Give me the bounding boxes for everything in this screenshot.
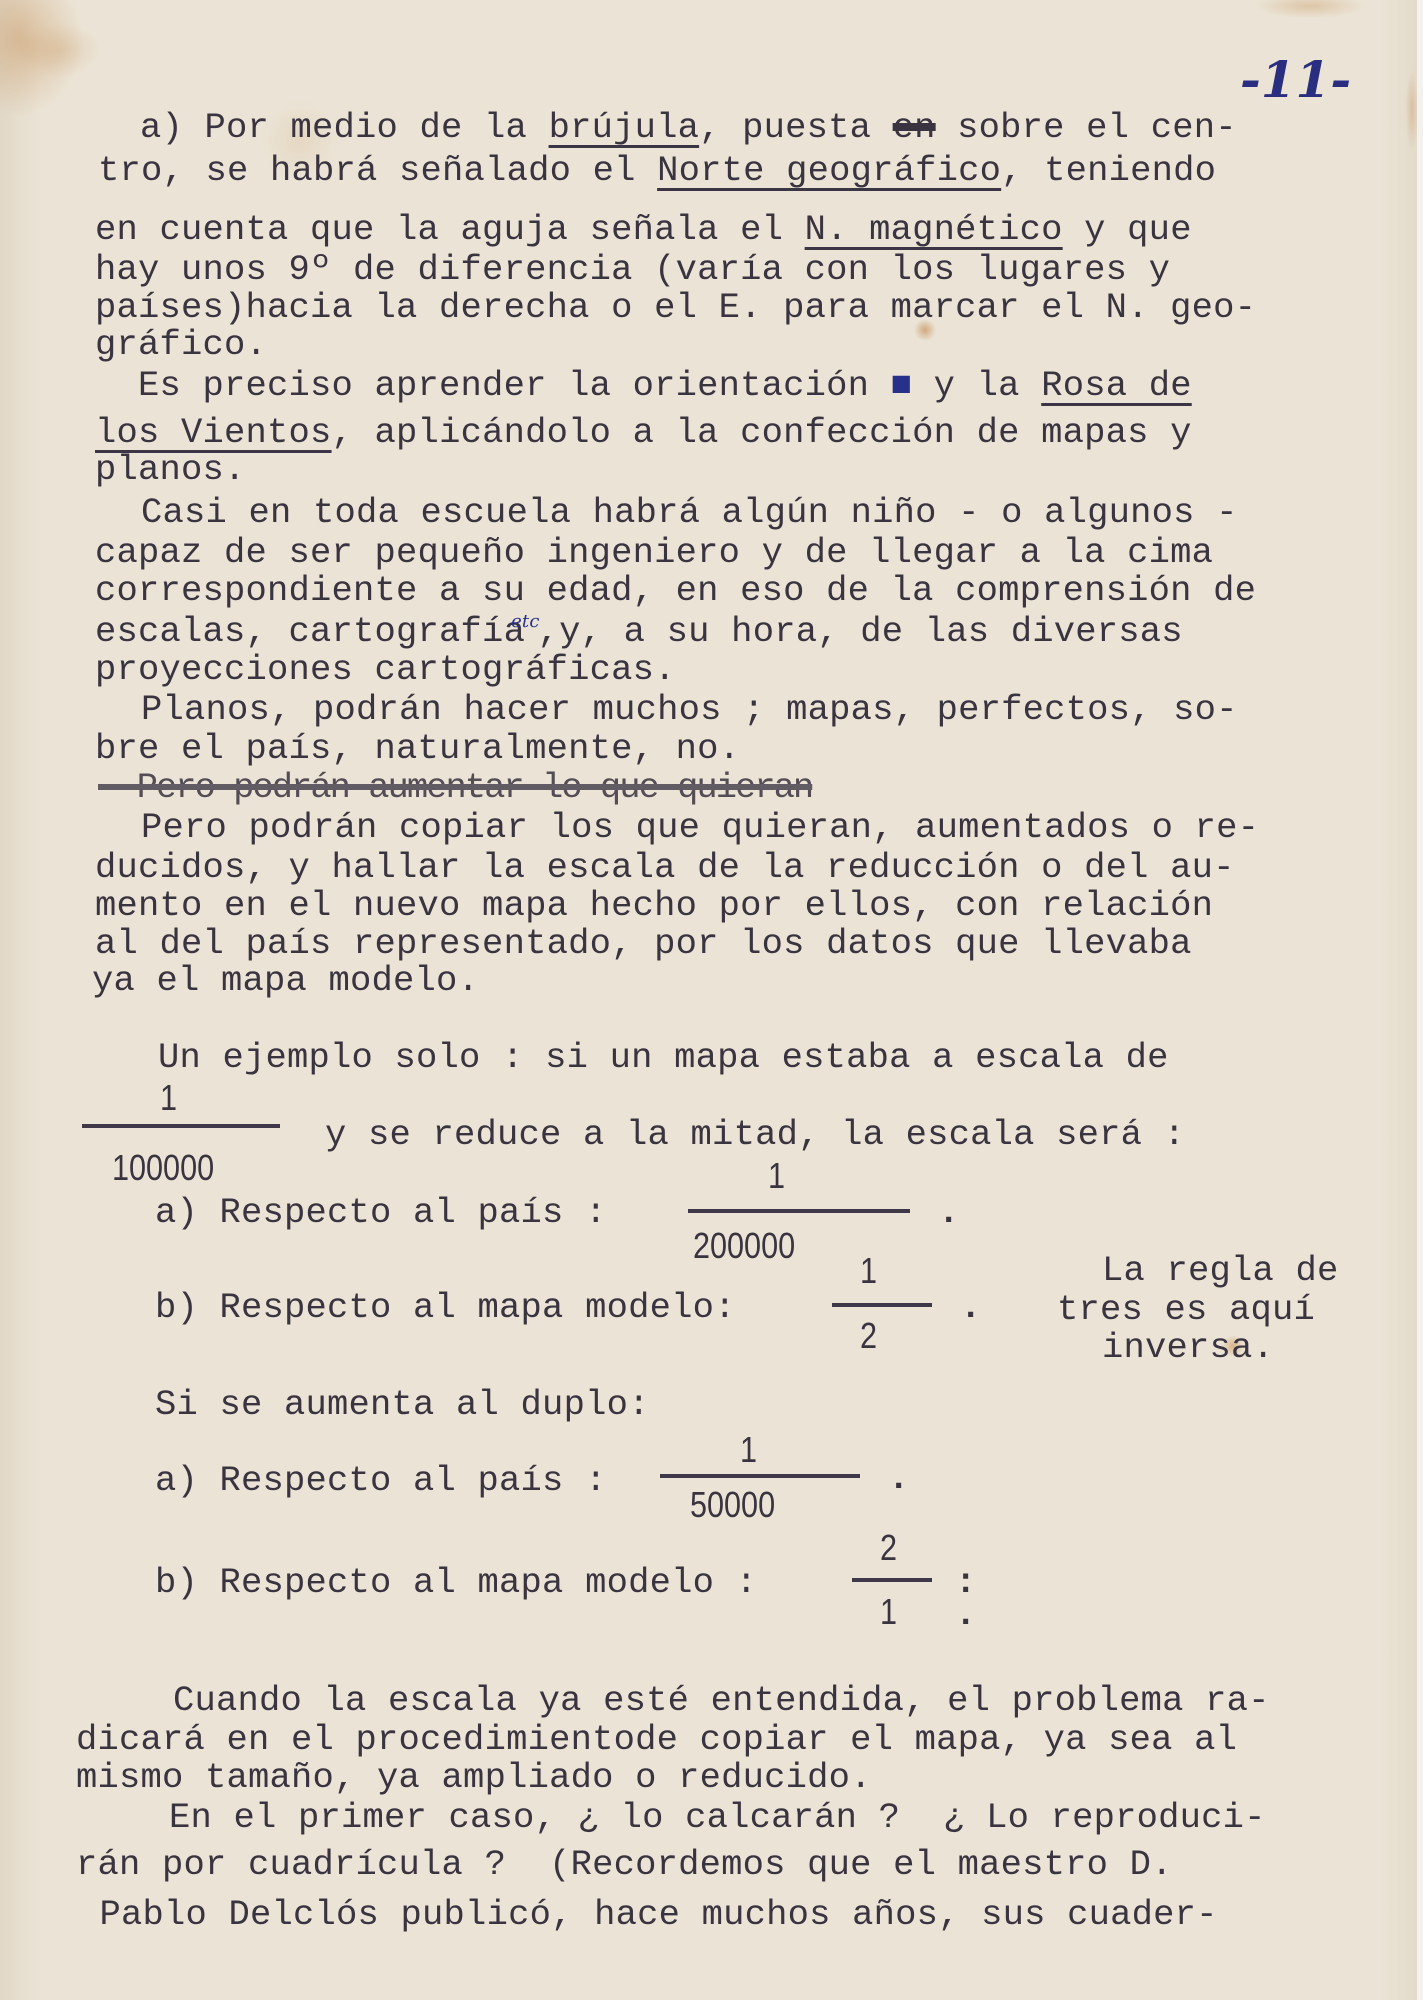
text-line-5: países)hacia la derecha o el E. para mar…	[95, 290, 1256, 326]
text-line-35: Pablo Delclós publicó, hace muchos años,…	[78, 1897, 1218, 1933]
text-line-20: mento en el nuevo mapa hecho por ellos, …	[95, 888, 1213, 924]
text-line-21: al del país representado, por los datos …	[95, 926, 1192, 962]
text-line-1: a) Por medio de la brújula, puesta en so…	[140, 110, 1237, 146]
text-line-29: b) Respecto al mapa modelo :	[155, 1565, 779, 1601]
text-line-31: dicará en el procedimientode copiar el m…	[76, 1722, 1237, 1758]
text-line-18: Pero podrán copiar los que quieran, aume…	[98, 810, 1259, 846]
fraction-bar-enlarged-model	[852, 1578, 932, 1582]
text-line-9: planos.	[95, 452, 246, 488]
text-line-23: Un ejemplo solo : si un mapa estaba a es…	[115, 1040, 1169, 1076]
text-line-2: tro, se habrá señalado el Norte geográfi…	[98, 153, 1216, 189]
text-line-7: Es preciso aprender la orientación ■ y l…	[95, 368, 1192, 404]
text-line-34: rán por cuadrícula ? (Recordemos que el …	[76, 1847, 1173, 1883]
fraction-enlarged-country-denominator: 50000	[690, 1487, 775, 1523]
text-line-32: mismo tamaño, ya ampliado o reducido.	[76, 1760, 872, 1796]
text-line-12: correspondiente a su edad, en eso de la …	[95, 573, 1256, 609]
fraction-bar-original	[82, 1124, 280, 1128]
fraction-reduced-country-denominator: 200000	[693, 1228, 795, 1264]
text-line-24: y se reduce a la mitad, la escala será :	[325, 1117, 1185, 1153]
text-line-14: proyecciones cartográficas.	[95, 652, 676, 688]
text-line-30: Cuando la escala ya esté entendida, el p…	[130, 1683, 1270, 1719]
fraction-bar-enlarged-country	[660, 1474, 860, 1478]
text-line-27: Si se aumenta al duplo:	[155, 1387, 650, 1423]
text-line-8: los Vientos, aplicándolo a la confección…	[95, 415, 1192, 451]
text-line-6: gráfico.	[95, 327, 267, 363]
period-enlarged-model: .	[955, 1597, 977, 1633]
underlined-brujula: brújula	[549, 107, 700, 148]
fraction-bar-reduced-country	[688, 1209, 910, 1213]
period-reduced-country: .	[938, 1195, 960, 1231]
page-edge	[1417, 0, 1423, 2000]
text-line-28: a) Respecto al país :	[155, 1463, 607, 1499]
text-line-15: Planos, podrán hacer muchos ; mapas, per…	[98, 692, 1238, 728]
handwritten-etc: etc	[511, 611, 540, 632]
period-reduced-model: .	[960, 1290, 982, 1326]
underlined-n-magnetico: N. magnético	[805, 209, 1063, 250]
underlined-norte-geografico: Norte geográfico	[657, 150, 1001, 191]
text-line-26: b) Respecto al mapa modelo:	[155, 1290, 757, 1326]
typewritten-page: -11- a) Por medio de la brújula, puesta …	[0, 0, 1417, 2000]
ink-correction-mark: ■	[891, 365, 913, 406]
fraction-enlarged-model-numerator: 2	[880, 1530, 897, 1566]
struck-word: en	[893, 107, 936, 148]
fraction-enlarged-model-denominator: 1	[880, 1594, 897, 1630]
page-number: -11-	[1240, 50, 1351, 109]
struck-out-line: Pero podrán aumentar lo que quieran	[98, 770, 812, 806]
fraction-reduced-model-numerator: 1	[860, 1253, 877, 1289]
period-enlarged-country: .	[888, 1461, 910, 1497]
text-line-3: en cuenta que la aguja señala el N. magn…	[95, 212, 1192, 248]
side-note-line-3: inversa.	[1102, 1330, 1274, 1366]
fraction-reduced-country-numerator: 1	[768, 1158, 785, 1194]
text-line-33: En el primer caso, ¿ lo calcarán ? ¿ Lo …	[126, 1800, 1266, 1836]
text-line-19: ducidos, y hallar la escala de la reducc…	[95, 850, 1235, 886]
underlined-los-vientos: los Vientos	[95, 412, 332, 453]
side-note-line-1: La regla de	[1102, 1253, 1339, 1289]
side-note-line-2: tres es aquí	[1057, 1292, 1315, 1328]
fraction-bar-reduced-model	[832, 1303, 932, 1307]
text-line-25: a) Respecto al país :	[155, 1195, 628, 1231]
text-line-16: bre el país, naturalmente, no.	[95, 731, 740, 767]
text-line-10: Casi en toda escuela habrá algún niño - …	[98, 495, 1238, 531]
fraction-enlarged-country-numerator: 1	[740, 1432, 757, 1468]
text-line-11: capaz de ser pequeño ingeniero y de lleg…	[95, 535, 1213, 571]
fraction-original-denominator: 100000	[112, 1150, 214, 1186]
fraction-original-numerator: 1	[160, 1080, 177, 1116]
text-line-4: hay unos 9º de diferencia (varía con los…	[95, 252, 1170, 288]
text-line-13: escalas, cartografíaetc,y, a su hora, de…	[95, 613, 1183, 650]
text-line-22: ya el mapa modelo.	[92, 963, 479, 999]
underlined-rosa-de: Rosa de	[1041, 365, 1192, 406]
fraction-reduced-model-denominator: 2	[860, 1318, 877, 1354]
